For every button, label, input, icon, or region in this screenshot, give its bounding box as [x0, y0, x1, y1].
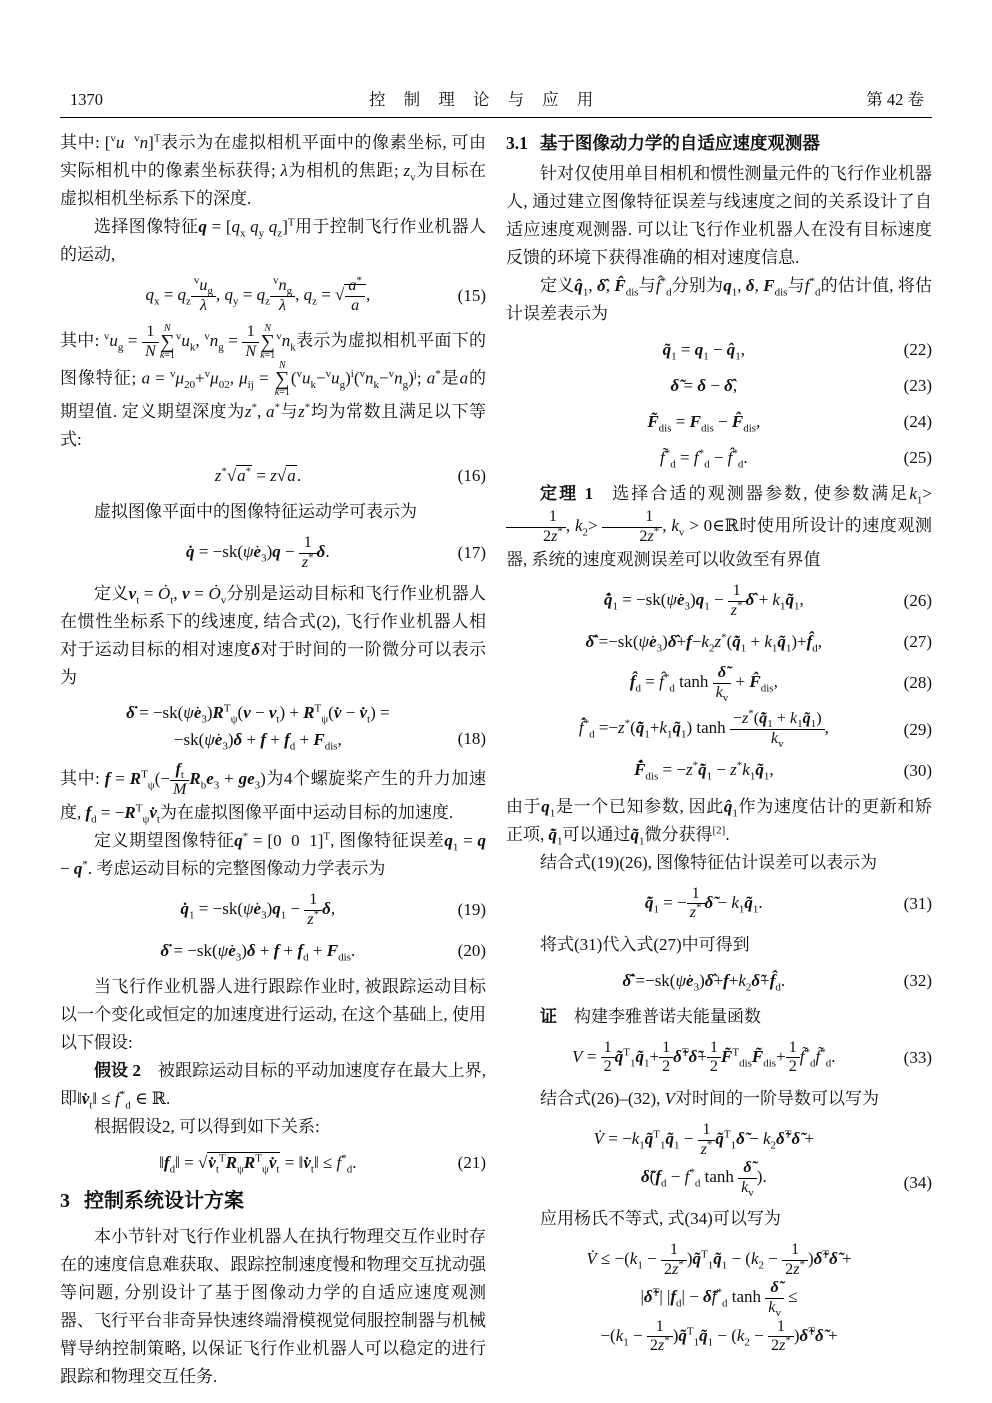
- equation-number: (23): [904, 372, 932, 400]
- theorem-1: 定理 1 选择合适的观测器参数, 使参数满足k1> 12z*, k2> 12z*…: [506, 480, 932, 574]
- equation-number: (27): [904, 628, 932, 656]
- paragraph: 将式(31)代入式(27)中可得到: [506, 931, 932, 959]
- equation-body: q̂̇1 = −sk(ψ̇e3)q1 − 1z*δ̂ + k1q̃1,: [506, 582, 902, 620]
- equation-19: q̇1 = −sk(ψ̇e3)q1 − 1z*δ, (19): [60, 891, 486, 929]
- equation-number: (17): [458, 539, 486, 567]
- journal-title: 控 制 理 论 与 应 用: [369, 86, 600, 110]
- paragraph: 定义vt = Ȯt, v = Ȯv分别是运动目标和飞行作业机器人在惯性坐标系下的…: [60, 580, 486, 692]
- equation-33: V = 12q̃T1q̃1+12δ̃Tδ̃+12F̃TdisF̃dis+12f̃…: [506, 1039, 932, 1077]
- equation-number: (31): [904, 890, 932, 918]
- equation-25: f̃*d = f*d − f̂*d. (25): [506, 444, 932, 472]
- paragraph: 当飞行作业机器人进行跟踪作业时, 被跟踪运动目标以一个变化或恒定的加速度进行运动…: [60, 973, 486, 1057]
- equation-body: q̃1 = q1 − q̂1,: [506, 337, 902, 363]
- equation-line: δ̇ = −sk(ψ̇e3)RTψ(v − vt) + RTψ(v̇ − v̇t…: [60, 700, 456, 726]
- left-column: 其中: [vu vn]T表示为在虚拟相机平面中的像素坐标, 可由实际相机中的像素…: [60, 129, 486, 1391]
- equation-27: δ̂̇ =−sk(ψ̇e3)δ̂+f−k2z*(q̃̇1 + k1q̃1)+f̂…: [506, 628, 932, 656]
- paragraph: 本小节针对飞行作业机器人在执行物理交互作业时存在的速度信息难获取、跟踪控制速度慢…: [60, 1223, 486, 1391]
- paragraph: 针对仅使用单目相机和惯性测量元件的飞行作业机器人, 通过建立图像特征误差与线速度…: [506, 160, 932, 272]
- equation-15: qx = qzvugλ, qy = qzvngλ, qz = √a*a, (15…: [60, 277, 486, 315]
- equation-line: V̇ ≤ −(k1 − 12z*)q̃T1q̃1 − (k2 − 12z*)δ̃…: [506, 1241, 932, 1279]
- paper-page: 1370 控 制 理 论 与 应 用 第 42 卷 其中: [vu vn]T表示…: [0, 0, 992, 1403]
- equation-body: q̇ = −sk(ψ̇e3)q − 1z*δ.: [60, 534, 456, 572]
- equation-number: (15): [458, 282, 486, 310]
- page-body: 1370 控 制 理 论 与 应 用 第 42 卷 其中: [vu vn]T表示…: [0, 0, 992, 1391]
- paragraph: 虚拟图像平面中的图像特征运动学可表示为: [60, 498, 486, 526]
- equation-number: (24): [904, 408, 932, 436]
- paragraph: 应用杨氏不等式, 式(34)可以写为: [506, 1205, 932, 1233]
- equation-body: V̇ ≤ −(k1 − 12z*)q̃T1q̃1 − (k2 − 12z*)δ̃…: [506, 1241, 932, 1355]
- equation-21: ‖fd‖ = √v̇tTRψRTψv̇t = ‖v̇t‖ ≤ f*d. (21): [60, 1149, 486, 1177]
- volume-label: 第 42 卷: [866, 86, 924, 110]
- equation-body: f̂d = f̂*d tanh δ̃kv + F̂dis,: [506, 664, 902, 702]
- section-number: 3: [60, 1187, 70, 1215]
- equation-line: −(k1 − 12z*)q̃T1q̃1 − (k2 − 12z*)δ̃Tδ̃ +: [506, 1318, 932, 1356]
- equation-body: F̂̇dis = −z*q̃̇1 − z*k1q̃1,: [506, 757, 902, 783]
- equation-16: z*√a* = z√a. (16): [60, 462, 486, 490]
- paragraph: 由于q1是一个已知参数, 因此q̂1作为速度估计的更新和矫正项, q̃̇1可以通…: [506, 793, 932, 849]
- equation-body: V = 12q̃T1q̃1+12δ̃Tδ̃+12F̃TdisF̃dis+12f̃…: [506, 1039, 902, 1077]
- equation-body: V̇ = −k1q̃T1q̃1 − 1z*q̃T1δ̃ − k2δ̃Tδ̃ + …: [506, 1121, 902, 1197]
- equation-body: δ̇ = −sk(ψ̇e3)δ + f + fd + Fdis.: [60, 938, 456, 964]
- equation-line: V̇ = −k1q̃T1q̃1 − 1z*q̃T1δ̃ − k2δ̃Tδ̃ +: [506, 1121, 902, 1159]
- equation-number: (32): [904, 967, 932, 995]
- running-header: 1370 控 制 理 论 与 应 用 第 42 卷: [60, 86, 932, 117]
- equation-31: q̃̇1 = −1z*δ̃ − k1q̃1. (31): [506, 885, 932, 923]
- equation-24: F̃dis = Fdis − F̂dis, (24): [506, 408, 932, 436]
- section-3-heading: 3 控制系统设计方案: [60, 1187, 486, 1215]
- equation-32: δ̂̇ =−sk(ψ̇e3)δ̂+f+k2δ̃+f̂d. (32): [506, 967, 932, 995]
- proof-start: 证 构建李雅普诺夫能量函数: [506, 1003, 932, 1031]
- paragraph: 其中: vug = 1NN∑k=1vuk, vng = 1NN∑k=1vnk表示…: [60, 323, 486, 454]
- paragraph: 定义q̂1, δ̂, F̂dis与f̂*d分别为q1, δ, Fdis与f*d的…: [506, 272, 932, 328]
- equation-body: δ̂̇ =−sk(ψ̇e3)δ̂+f−k2z*(q̃̇1 + k1q̃1)+f̂…: [506, 629, 902, 655]
- equation-number: (19): [458, 896, 486, 924]
- equation-body: f̃*d = f*d − f̂*d.: [506, 445, 902, 471]
- equation-number: (18): [458, 725, 486, 753]
- two-column-layout: 其中: [vu vn]T表示为在虚拟相机平面中的像素坐标, 可由实际相机中的像素…: [60, 129, 932, 1391]
- section-title: 控制系统设计方案: [84, 1187, 244, 1215]
- equation-29: f̂̇*d =−z*(q̃̇1+k1q̃1) tanh −z*(q̃̇1 + k…: [506, 710, 932, 748]
- equation-number: (26): [904, 587, 932, 615]
- equation-body: f̂̇*d =−z*(q̃̇1+k1q̃1) tanh −z*(q̃̇1 + k…: [506, 710, 902, 748]
- equation-number: (28): [904, 669, 932, 697]
- equation-number: (16): [458, 462, 486, 490]
- equation-22: q̃1 = q1 − q̂1, (22): [506, 336, 932, 364]
- section-number: 3.1: [506, 129, 528, 157]
- equation-body: δ̇ = −sk(ψ̇e3)RTψ(v − vt) + RTψ(v̇ − v̇t…: [60, 700, 456, 753]
- equation-line: |δ̃T| |fd| − δ̃f*d tanh δ̃kv ≤: [506, 1279, 932, 1317]
- page-number: 1370: [70, 90, 103, 110]
- paragraph: 其中: [vu vn]T表示为在虚拟相机平面中的像素坐标, 可由实际相机中的像素…: [60, 129, 486, 213]
- section-title: 基于图像动力学的自适应速度观测器: [540, 129, 820, 157]
- paragraph: 其中: f = RTψ(−ftMRbe3 + ge3)为4个螺旋桨产生的升力加速…: [60, 761, 486, 827]
- equation-body: δ̂̇ =−sk(ψ̇e3)δ̂+f+k2δ̃+f̂d.: [506, 968, 902, 994]
- paragraph: 结合式(26)–(32), V对时间的一阶导数可以写为: [506, 1085, 932, 1113]
- section-3-1-heading: 3.1 基于图像动力学的自适应速度观测器: [506, 129, 932, 157]
- equation-body: δ̃ = δ − δ̂,: [506, 373, 902, 399]
- equation-number: (21): [458, 1149, 486, 1177]
- equation-17: q̇ = −sk(ψ̇e3)q − 1z*δ. (17): [60, 534, 486, 572]
- equation-final-inequality: V̇ ≤ −(k1 − 12z*)q̃T1q̃1 − (k2 − 12z*)δ̃…: [506, 1241, 932, 1355]
- equation-number: (30): [904, 757, 932, 785]
- equation-number: (33): [904, 1044, 932, 1072]
- right-column: 3.1 基于图像动力学的自适应速度观测器 针对仅使用单目相机和惯性测量元件的飞行…: [506, 129, 932, 1391]
- equation-body: z*√a* = z√a.: [60, 463, 456, 489]
- header-rule: [60, 117, 932, 118]
- equation-23: δ̃ = δ − δ̂, (23): [506, 372, 932, 400]
- equation-20: δ̇ = −sk(ψ̇e3)δ + f + fd + Fdis. (20): [60, 937, 486, 965]
- assumption-2: 假设 2 被跟踪运动目标的平动加速度存在最大上界, 即‖v̇t‖ ≤ f*d ∈…: [60, 1057, 486, 1113]
- equation-body: ‖fd‖ = √v̇tTRψRTψv̇t = ‖v̇t‖ ≤ f*d.: [60, 1150, 456, 1176]
- equation-30: F̂̇dis = −z*q̃̇1 − z*k1q̃1, (30): [506, 757, 932, 785]
- equation-number: (29): [904, 716, 932, 744]
- paragraph: 根据假设2, 可以得到如下关系:: [60, 1113, 486, 1141]
- equation-number: (34): [904, 1169, 932, 1197]
- equation-body: qx = qzvugλ, qy = qzvngλ, qz = √a*a,: [60, 277, 456, 315]
- equation-number: (22): [904, 336, 932, 364]
- paragraph: 定义期望图像特征q* = [0 0 1]T, 图像特征误差q1 = q − q*…: [60, 827, 486, 883]
- paragraph: 结合式(19)(26), 图像特征估计误差可以表示为: [506, 849, 932, 877]
- equation-body: F̃dis = Fdis − F̂dis,: [506, 409, 902, 435]
- equation-body: q̇1 = −sk(ψ̇e3)q1 − 1z*δ,: [60, 891, 456, 929]
- paragraph: 选择图像特征q = [qx qy qz]T用于控制飞行作业机器人的运动,: [60, 213, 486, 269]
- equation-line: δ̃(fd − f*d tanh δ̃kv).: [506, 1159, 902, 1197]
- equation-line: −sk(ψ̇e3)δ + f + fd + Fdis,: [60, 727, 456, 753]
- equation-18: δ̇ = −sk(ψ̇e3)RTψ(v − vt) + RTψ(v̇ − v̇t…: [60, 700, 486, 753]
- equation-number: (20): [458, 937, 486, 965]
- equation-28: f̂d = f̂*d tanh δ̃kv + F̂dis, (28): [506, 664, 932, 702]
- equation-number: (25): [904, 444, 932, 472]
- equation-26: q̂̇1 = −sk(ψ̇e3)q1 − 1z*δ̂ + k1q̃1, (26): [506, 582, 932, 620]
- equation-34: V̇ = −k1q̃T1q̃1 − 1z*q̃T1δ̃ − k2δ̃Tδ̃ + …: [506, 1121, 932, 1197]
- equation-body: q̃̇1 = −1z*δ̃ − k1q̃1.: [506, 885, 902, 923]
